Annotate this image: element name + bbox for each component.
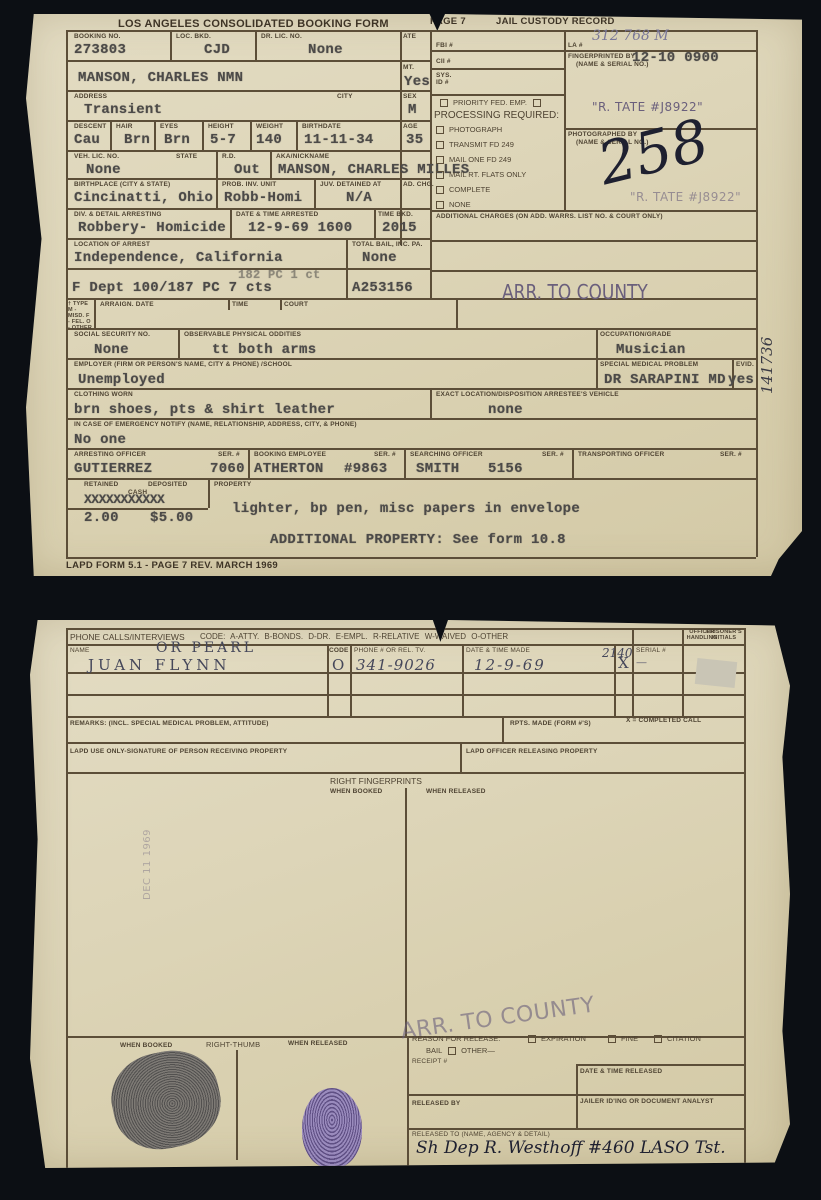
additional-charges-label: ADDITIONAL CHARGES (ON ADD. WARRS. LIST … [436,213,663,220]
processing-option[interactable]: NONE [436,200,471,209]
fingerprinted-label: FINGERPRINTED BY [568,53,635,60]
reason-for-release-label: REASON FOR RELEASE: [412,1034,500,1043]
form-title: LOS ANGELES CONSOLIDATED BOOKING FORM [118,18,389,30]
section-title: JAIL CUSTODY RECORD [496,16,615,27]
call-phone: 341-9026 [356,656,436,674]
ssn-label: SOCIAL SECURITY NO. [74,331,150,338]
la-label: LA # [568,42,583,49]
release-option-citation[interactable]: CITATION [654,1034,701,1043]
checkbox[interactable] [533,99,541,107]
release-option-bail[interactable]: BAIL OTHER— [426,1046,495,1055]
thumb-when-booked: WHEN BOOKED [120,1042,172,1049]
time-label: TIME [232,301,248,308]
emergency-value: No one [74,432,126,448]
loc-bkd-label: LOC. BKD. [176,33,211,40]
processing-option[interactable]: MAIL RT. FLATS ONLY [436,170,526,179]
call-name-note: OR PEARL [156,640,256,656]
medical-value: DR SARAPINI MD [604,372,726,388]
address-label: ADDRESS [74,93,107,100]
evid-label: EVID. [736,361,754,368]
mt-value: Yes [404,74,430,90]
processing-option[interactable]: PHOTOGRAPH [436,125,502,134]
city-label: CITY [337,93,353,100]
retained-label: RETAINED [84,481,118,488]
processing-option[interactable]: TRANSMIT FD 249 [436,140,514,149]
loc-bkd-value: CJD [204,42,230,58]
rpts-made-label: RPTS. MADE (FORM #'S) [510,720,591,727]
div-detail-value: Robbery- Homicide [78,220,226,236]
searching-officer-label: SEARCHING OFFICER [410,451,483,458]
fp-when-released: WHEN RELEASED [426,788,486,795]
serial-header: SERIAL # [636,647,666,654]
page-label: PAGE 7 [430,16,466,27]
clothing-label: CLOTHING WORN [74,391,133,398]
release-option-expiration[interactable]: EXPIRATION [528,1034,586,1043]
tape-patch [695,658,737,688]
date-time-header: DATE & TIME MADE [466,647,530,654]
birthplace-value: Cincinatti, Ohio [74,190,213,206]
arr-to-county-stamp: ARR. TO COUNTY [502,280,648,304]
descent-label: DESCENT [74,123,106,130]
booking-no-label: BOOKING NO. [74,33,121,40]
margin-note: 141736 [758,337,776,394]
bail-label: TOTAL BAIL, INC. PA. [352,241,423,248]
arresting-officer-label: ARRESTING OFFICER [74,451,146,458]
transporting-officer-label: TRANSPORTING OFFICER [578,451,664,458]
released-to-label: RELEASED TO (NAME, AGENCY & DETAIL) [412,1131,550,1138]
handwritten-number: 258 [591,106,715,199]
call-code: O [332,656,344,674]
employer-label: EMPLOYER (FIRM OR PERSON'S NAME, CITY & … [74,361,292,368]
court-label: COURT [284,301,308,308]
age-value: 35 [406,132,423,148]
fp-when-booked: WHEN BOOKED [330,788,382,795]
checkbox[interactable] [440,99,448,107]
height-label: HEIGHT [208,123,234,130]
deposited-label: DEPOSITED [148,481,187,488]
completed-mark: X [618,654,629,672]
booking-ser-label: SER. # [374,451,396,458]
emergency-label: IN CASE OF EMERGENCY NOTIFY (NAME, RELAT… [74,421,357,428]
juv-value: N/A [346,190,372,206]
vehicle-label: EXACT LOCATION/DISPOSITION ARRESTEE'S VE… [436,391,619,398]
grid-line [66,557,756,559]
searching-ser-label: SER. # [542,451,564,458]
employer-value: Unemployed [78,372,165,388]
descent-value: Cau [74,132,100,148]
arrestee-name: MANSON, CHARLES NMN [78,70,243,86]
oddities-value: tt both arms [212,342,316,358]
lapd-officer-releasing-label: LAPD OFFICER RELEASING PROPERTY [466,748,598,755]
prisoner-initials-label: PRISONER'S INITIALS [702,629,746,641]
location-arrest-label: LOCATION OF ARREST [74,241,150,248]
additional-property: ADDITIONAL PROPERTY: See form 10.8 [270,532,566,548]
weight-label: WEIGHT [256,123,283,130]
booking-ser-value: #9863 [344,461,388,477]
priority-fed-emp[interactable]: PRIORITY FED. EMP. [440,98,546,107]
faint-date-stamp: DEC 11 1969 [142,829,153,900]
bail-value: None [362,250,397,266]
time-bkd-value: 2015 [382,220,417,236]
fingerprinted-value: 12-10 0900 [632,50,719,66]
name-header: NAME [70,647,90,654]
hair-value: Brn [124,132,150,148]
property-value: lighter, bp pen, misc papers in envelope [232,501,580,517]
processing-option[interactable]: MAIL ONE FD 249 [436,155,511,164]
date-label: ATE [403,33,416,40]
veh-lic-value: None [86,162,121,178]
oddities-label: OBSERVABLE PHYSICAL ODDITIES [184,331,301,338]
photograph-stamp: "R. TATE #J8922" [630,190,741,204]
transporting-ser-label: SER. # [720,451,742,458]
charge-value: F Dept 100/187 PC 7 cts [72,280,272,296]
dr-lic-value: None [308,42,343,58]
state-label: STATE [176,153,197,160]
location-arrest-value: Independence, California [74,250,283,266]
ssn-value: None [94,342,129,358]
sex-value: M [408,102,417,118]
juv-label: JUV. DETAINED AT [320,181,381,188]
arresting-ser-label: SER. # [218,451,240,458]
jailer-label: JAILER ID'ING OR DOCUMENT ANALYST [580,1098,714,1105]
form-footer: LAPD FORM 5.1 - PAGE 7 REV. MARCH 1969 [66,560,278,571]
hair-label: HAIR [116,123,133,130]
evid-value: yes [728,372,754,388]
birthplace-label: BIRTHPLACE (CITY & STATE) [74,181,170,188]
lapd-sig-label: LAPD USE ONLY-SIGNATURE OF PERSON RECEIV… [70,748,287,755]
code-header: CODE [329,647,349,654]
fingerprints-title: RIGHT FINGERPRINTS [330,776,422,786]
age-label: AGE [403,123,418,130]
date-time-released-label: DATE & TIME RELEASED [580,1068,662,1075]
sys-id-label: SYS. ID # [436,72,456,86]
searching-officer-value: SMITH [416,461,460,477]
birthdate-value: 11-11-34 [304,132,374,148]
date-arrested-value: 12-9-69 1600 [248,220,352,236]
birthdate-label: BIRTHDATE [302,123,341,130]
cash-retained-value: 2.00 [84,510,119,526]
booking-form-page: LOS ANGELES CONSOLIDATED BOOKING FORM PA… [26,14,802,576]
searching-ser-value: 5156 [488,461,523,477]
aka-label: AKA/NICKNAME [276,153,329,160]
phone-header: PHONE # OR REL. TV. [354,647,425,654]
release-option-fine[interactable]: FINE [608,1034,638,1043]
type-legend: † TYPE M - MISD. F - FEL. O - OTHER [68,301,92,331]
mt-label: MT. [403,64,414,71]
rd-value: Out [234,162,260,178]
cash-strikeout: XXXXXXXXXXX [84,492,164,507]
occupation-label: OCCUPATION/GRADE [600,331,671,338]
arresting-ser-value: 7060 [210,461,245,477]
processing-title: PROCESSING REQUIRED: [434,110,559,121]
booking-employee-value: ATHERTON [254,461,324,477]
vehicle-value: none [488,402,523,418]
prob-inv-value: Robb-Homi [224,190,302,206]
released-to-signature: Sh Dep R. Westhoff #460 LASO Tst. [416,1138,726,1158]
arraign-date-label: ARRAIGN. DATE [100,301,154,308]
released-by-label: RELEASED BY [412,1100,460,1107]
time-bkd-label: TIME BKD. [378,211,413,218]
veh-lic-label: VEH. LIC. NO. [74,153,119,160]
booking-employee-label: BOOKING EMPLOYEE [254,451,326,458]
warrant-value: A253156 [352,280,413,296]
call-name: JUAN FLYNN [88,656,230,674]
call-date: 12-9-69 [474,656,546,674]
clothing-value: brn shoes, pts & shirt leather [74,402,335,418]
eyes-value: Brn [164,132,190,148]
medical-label: SPECIAL MEDICAL PROBLEM [600,361,698,368]
property-label: PROPERTY [214,481,251,488]
cash-deposited-value: $5.00 [150,510,194,526]
cii-label: CII # [436,58,451,65]
weight-value: 140 [256,132,282,148]
thumbprint-booked [103,1042,229,1158]
occupation-value: Musician [616,342,686,358]
thumb-when-released: WHEN RELEASED [288,1040,348,1047]
thumbprint-released [302,1088,362,1168]
date-arrested-label: DATE & TIME ARRESTED [236,211,318,218]
grid-line [756,30,758,557]
processing-option[interactable]: COMPLETE [436,185,490,194]
eyes-label: EYES [160,123,178,130]
dr-lic-label: DR. LIC. NO. [261,33,302,40]
arresting-officer-value: GUTIERREZ [74,461,152,477]
la-value: 312 768 M [592,28,669,44]
address-value: Transient [84,102,162,118]
completed-call-legend: X = COMPLETED CALL [626,717,701,724]
booking-no-value: 273803 [74,42,126,58]
custody-record-back-page: PHONE CALLS/INTERVIEWS CODE: A-ATTY. B-B… [30,620,790,1168]
sex-label: SEX [403,93,417,100]
fbi-label: FBI # [436,42,453,49]
height-value: 5-7 [210,132,236,148]
ad-chg-label: AD. CHG. [403,181,434,188]
rd-label: R.D. [222,153,236,160]
prob-inv-label: PROB. INV. UNIT [222,181,276,188]
remarks-label: REMARKS: (INCL. SPECIAL MEDICAL PROBLEM,… [70,720,269,727]
officer-serial: — [636,656,647,669]
receipt-label: RECEIPT # [412,1058,447,1065]
div-detail-label: DIV. & DETAIL ARRESTING [74,211,162,218]
thumb-title: RIGHT-THUMB [206,1040,260,1049]
